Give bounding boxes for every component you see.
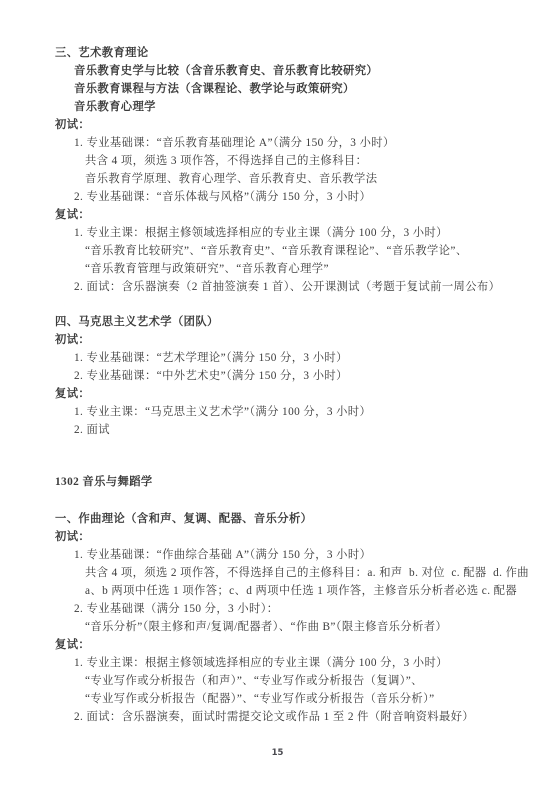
exam-item: 1. 专业基础课：“艺术学理论”（满分 150 分，3 小时） bbox=[74, 349, 555, 367]
exam-item-detail: 音乐教育学原理、教育心理学、音乐教育史、音乐教学法 bbox=[85, 170, 555, 188]
exam-item: 1. 专业主课：根据主修领域选择相应的专业主课（满分 100 分，3 小时） bbox=[74, 654, 555, 672]
exam-item: 1. 专业主课：根据主修领域选择相应的专业主课（满分 100 分，3 小时） bbox=[74, 224, 555, 242]
program-direction: 音乐教育心理学 bbox=[74, 98, 555, 116]
section-art-education-theory: 三、艺术教育理论 音乐教育史学与比较（含音乐教育史、音乐教育比较研究） 音乐教育… bbox=[0, 44, 555, 296]
exam-item-detail: “专业写作或分析报告（和声）”、“专业写作或分析报告（复调）”、 bbox=[85, 672, 555, 690]
exam-item-detail: “音乐分析”（限主修和声/复调/配器者）、“作曲 B”（限主修音乐分析者） bbox=[85, 618, 555, 636]
section-composition-theory: 一、作曲理论（含和声、复调、配器、音乐分析） 初试： 1. 专业基础课：“作曲综… bbox=[0, 510, 555, 726]
exam-item: 2. 面试 bbox=[74, 421, 555, 439]
exam-item-detail: a、b 两项中任选 1 项作答；c、d 两项中任选 1 项作答，主修音乐分析者必… bbox=[85, 582, 555, 600]
exam-stage-label: 复试： bbox=[55, 385, 555, 403]
exam-item-detail: 共含 4 项，须选 3 项作答，不得选择自己的主修科目： bbox=[85, 152, 555, 170]
section-discipline-1302: 1302 音乐与舞蹈学 bbox=[0, 473, 555, 491]
exam-stage-label: 初试： bbox=[55, 331, 555, 349]
exam-item: 2. 面试：含乐器演奏，面试时需提交论文或作品 1 至 2 件（附音响资料最好） bbox=[74, 708, 555, 726]
exam-stage-label: 复试： bbox=[55, 206, 555, 224]
exam-item: 2. 面试：含乐器演奏（2 首抽签演奏 1 首）、公开课测试（考题于复试前一周公… bbox=[74, 278, 555, 296]
document-content: 三、艺术教育理论 音乐教育史学与比较（含音乐教育史、音乐教育比较研究） 音乐教育… bbox=[0, 44, 555, 726]
program-direction: 音乐教育史学与比较（含音乐教育史、音乐教育比较研究） bbox=[74, 62, 555, 80]
exam-item-detail: “专业写作或分析报告（配器）”、“专业写作或分析报告（音乐分析）” bbox=[85, 690, 555, 708]
exam-stage-label: 初试： bbox=[55, 116, 555, 134]
page-number: 15 bbox=[0, 748, 555, 758]
exam-item: 1. 专业主课：“马克思主义艺术学”（满分 100 分，3 小时） bbox=[74, 403, 555, 421]
document-page: 三、艺术教育理论 音乐教育史学与比较（含音乐教育史、音乐教育比较研究） 音乐教育… bbox=[0, 0, 555, 788]
section-marxist-art-studies: 四、马克思主义艺术学（团队） 初试： 1. 专业基础课：“艺术学理论”（满分 1… bbox=[0, 313, 555, 439]
exam-item: 1. 专业基础课：“音乐教育基础理论 A”（满分 150 分，3 小时） bbox=[74, 134, 555, 152]
exam-item: 1. 专业基础课：“作曲综合基础 A”（满分 150 分，3 小时） bbox=[74, 546, 555, 564]
exam-item: 2. 专业基础课（满分 150 分，3 小时）： bbox=[74, 600, 555, 618]
exam-stage-label: 初试： bbox=[55, 528, 555, 546]
exam-item-detail: “音乐教育比较研究”、“音乐教育史”、“音乐教育课程论”、“音乐教学论”、 bbox=[85, 242, 555, 260]
section-heading: 四、马克思主义艺术学（团队） bbox=[55, 313, 555, 331]
section-heading: 一、作曲理论（含和声、复调、配器、音乐分析） bbox=[55, 510, 555, 528]
exam-item-detail: “音乐教育管理与政策研究”、“音乐教育心理学” bbox=[85, 260, 555, 278]
exam-item-detail: 共含 4 项，须选 2 项作答，不得选择自己的主修科目：a. 和声 b. 对位 … bbox=[85, 564, 555, 582]
exam-item: 2. 专业基础课：“音乐体裁与风格”（满分 150 分，3 小时） bbox=[74, 188, 555, 206]
discipline-heading: 1302 音乐与舞蹈学 bbox=[55, 473, 555, 491]
exam-stage-label: 复试： bbox=[55, 636, 555, 654]
program-direction: 音乐教育课程与方法（含课程论、教学论与政策研究） bbox=[74, 80, 555, 98]
exam-item: 2. 专业基础课：“中外艺术史”（满分 150 分，3 小时） bbox=[74, 367, 555, 385]
section-heading: 三、艺术教育理论 bbox=[55, 44, 555, 62]
